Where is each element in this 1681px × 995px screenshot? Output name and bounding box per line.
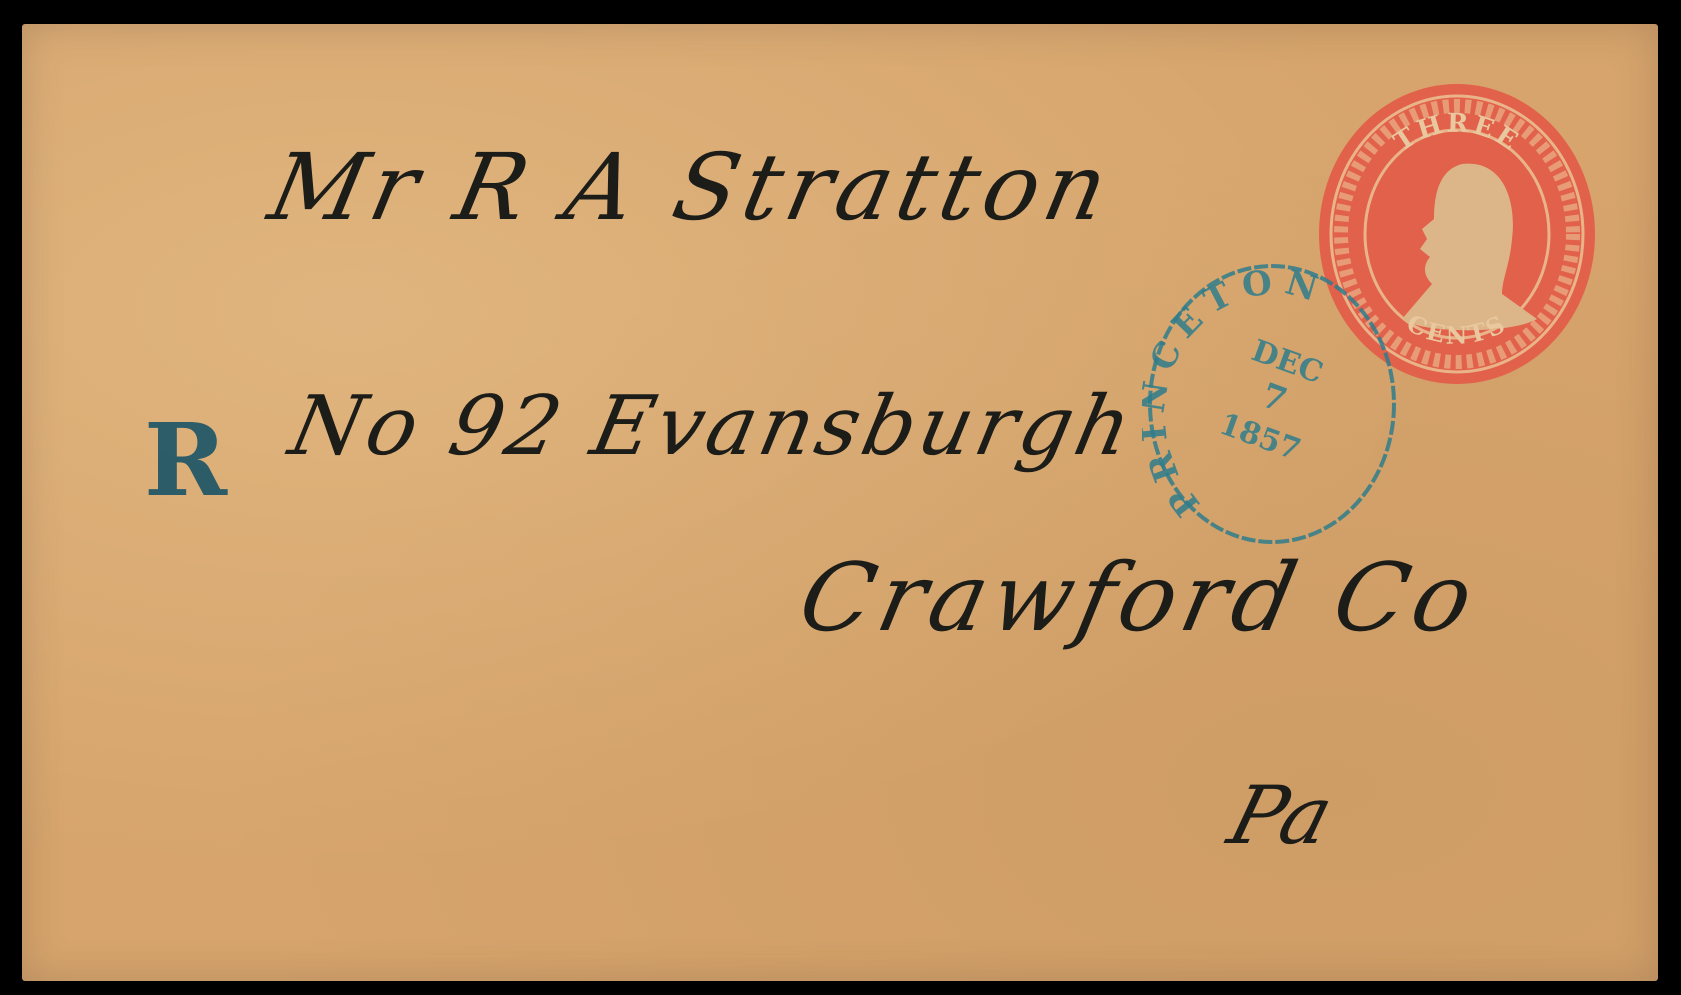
address-line-2: No 92 Evansburgh <box>282 379 1144 474</box>
address-line-4: Pa <box>1220 769 1343 862</box>
svg-text:PRINCETON: PRINCETON <box>1142 262 1332 524</box>
postmark-year: 1857 <box>1215 407 1305 468</box>
address-line-3: Crawford Co <box>790 544 1487 653</box>
postmark-town: PRINCETON <box>1142 262 1332 524</box>
postmark-day: 7 <box>1256 376 1292 422</box>
envelope: THREE CENTS PRINCETON DEC 7 1857 R Mr R … <box>22 24 1658 981</box>
circular-datestamp: PRINCETON DEC 7 1857 <box>1142 259 1402 554</box>
address-line-1: Mr R A Stratton <box>261 134 1123 241</box>
registry-marking: R <box>144 410 227 510</box>
